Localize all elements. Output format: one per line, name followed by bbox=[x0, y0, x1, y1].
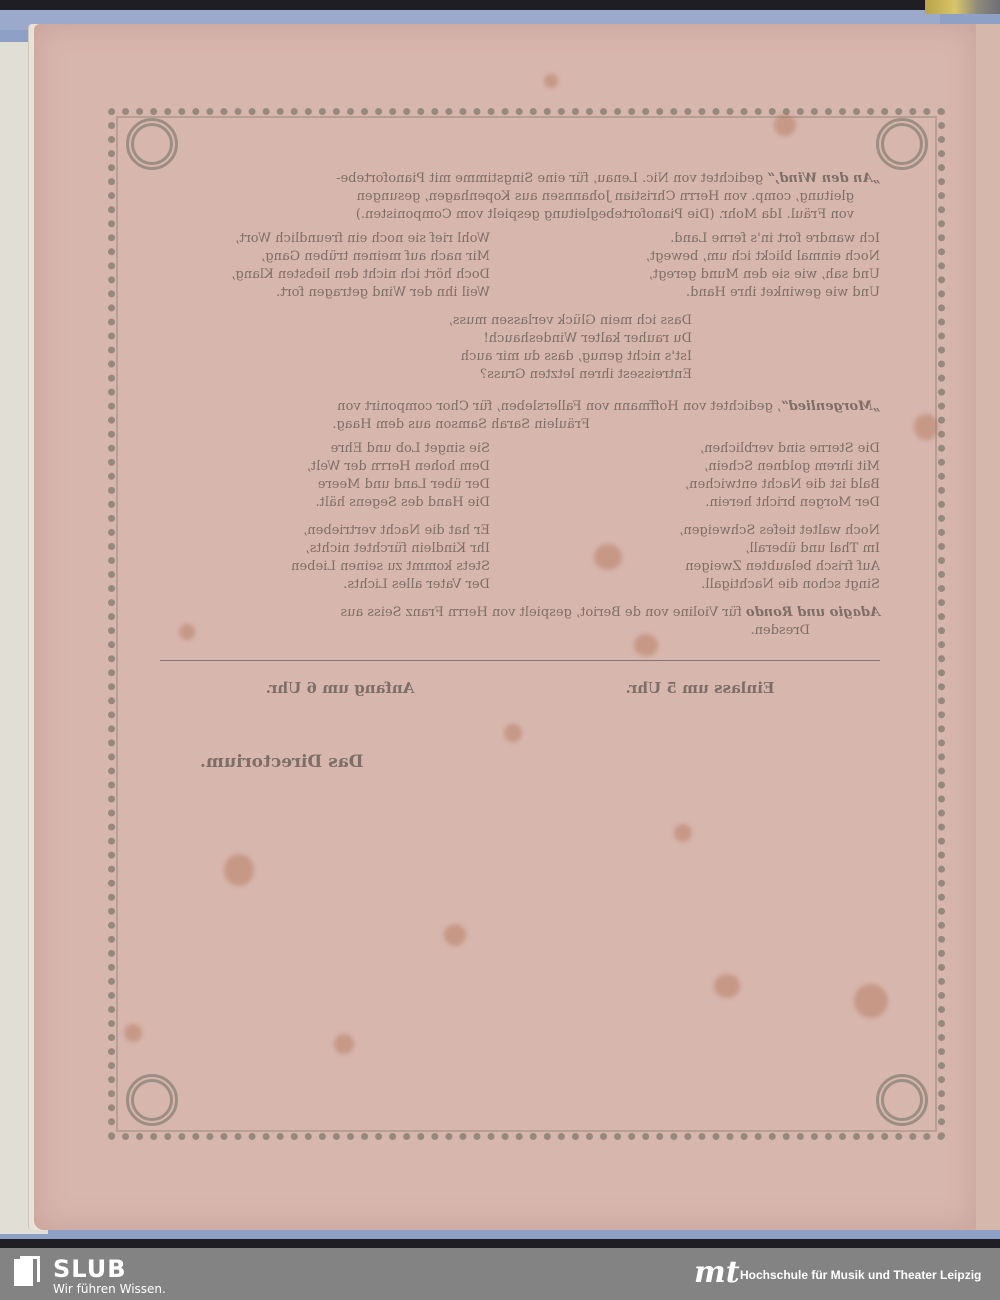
verse-line: Noch waltet tiefes Schweigen, bbox=[550, 522, 880, 540]
item-text: gleitung, comp. von Herrn Christian Joha… bbox=[357, 189, 880, 204]
verse-line: Im Thal und überall, bbox=[550, 540, 880, 558]
slub-tagline: Wir führen Wissen. bbox=[53, 1282, 166, 1296]
programme-item-3: Adagio und Rondo für Violine von de Beri… bbox=[160, 604, 880, 640]
item-title: Adagio und Rondo bbox=[746, 605, 880, 620]
poem-2-left: Noch waltet tiefes Schweigen, Im Thal un… bbox=[550, 522, 880, 594]
verse-line: Singt schon die Nachtigall. bbox=[550, 576, 880, 594]
verse-line: Der Vater alles Lichts. bbox=[160, 576, 490, 594]
verse-line: Ich wandre fort in's ferne Land. bbox=[550, 230, 880, 248]
verse-line: Und sah, wie sie den Mund geregt, bbox=[550, 266, 880, 284]
poem-2-stanza-2: Noch waltet tiefes Schweigen, Im Thal un… bbox=[160, 522, 880, 594]
verse-line: Entreissest ihren letzten Gruss? bbox=[352, 366, 692, 384]
verse-line: Die Sterne sind verblichen, bbox=[550, 440, 880, 458]
verse-line: Ihr Kindlein fürchtet nichts, bbox=[160, 540, 490, 558]
item-text: Fräulein Sarah Samson aus dem Haag. bbox=[332, 417, 880, 432]
viewer-footer-bar: SLUB Wir führen Wissen. mt Hochschule fü… bbox=[0, 1248, 1000, 1300]
start-time: Anfang um 6 Uhr. bbox=[266, 679, 415, 697]
item-text: für Violine von de Beriot, gespielt von … bbox=[341, 605, 746, 620]
programme-item-1: „An den Wind,“ gedichtet von Nic. Lenau,… bbox=[160, 170, 880, 224]
next-leaf-edge bbox=[972, 24, 1000, 1230]
verse-line: Er hat die Nacht vertrieben, bbox=[160, 522, 490, 540]
corner-ornament-bottom-right bbox=[876, 1074, 928, 1126]
poem-1: Ich wandre fort in's ferne Land. Noch ei… bbox=[160, 230, 880, 302]
verse-line: Du rauher kalter Windeshauch! bbox=[352, 330, 692, 348]
programme-item-2: „Morgenlied“, gedichtet von Hoffmann von… bbox=[160, 398, 880, 434]
verse-line: Bald ist die Nacht entwichen, bbox=[550, 476, 880, 494]
verse-line: Doch hört ich nicht den liebsten Klang, bbox=[160, 266, 490, 284]
corner-ornament-top-left bbox=[126, 118, 178, 170]
verse-line: Noch einmal blickt ich um, bewegt, bbox=[550, 248, 880, 266]
verse-line: Die Hand des Segens hält. bbox=[160, 494, 490, 512]
poem-1-left: Ich wandre fort in's ferne Land. Noch ei… bbox=[550, 230, 880, 302]
verse-line: Mir nach auf meinen trüben Gang, bbox=[160, 248, 490, 266]
poem-2-right: Sie singet Lob und Ehre Dem hohen Herrn … bbox=[160, 440, 490, 512]
verse-line: Dem hohen Herrn der Welt, bbox=[160, 458, 490, 476]
verse-line: Auf frisch belaubten Zweigen bbox=[550, 558, 880, 576]
hmt-logo-icon[interactable]: mt bbox=[694, 1254, 728, 1296]
verse-line: Mit ihrem goldnen Schein, bbox=[550, 458, 880, 476]
poem-2-stanza-1: Die Sterne sind verblichen, Mit ihrem go… bbox=[160, 440, 880, 512]
entry-time: Einlass um 5 Uhr. bbox=[625, 679, 774, 697]
show-through-text: „An den Wind,“ gedichtet von Nic. Lenau,… bbox=[160, 170, 880, 930]
poem-2-right: Er hat die Nacht vertrieben, Ihr Kindlei… bbox=[160, 522, 490, 594]
divider-rule bbox=[160, 660, 880, 661]
hmt-brand[interactable]: Hochschule für Musik und Theater Leipzig bbox=[740, 1268, 981, 1282]
item-text: gedichtet von Nic. Lenau, für eine Sings… bbox=[336, 171, 763, 186]
verse-line: Dass ich mein Glück verlassen muss, bbox=[352, 312, 692, 330]
item-text: Dresden. bbox=[750, 623, 880, 638]
poem-2-left: Die Sterne sind verblichen, Mit ihrem go… bbox=[550, 440, 880, 512]
verse-line: Der Morgen bricht herein. bbox=[550, 494, 880, 512]
corner-ornament-top-right bbox=[876, 118, 928, 170]
verse-line: Wohl rief sie noch ein freundlich Wort, bbox=[160, 230, 490, 248]
event-times: Einlass um 5 Uhr. Anfang um 6 Uhr. bbox=[160, 679, 880, 697]
signature: Das Directorium. bbox=[160, 753, 880, 771]
verse-line: Weil ihn der Wind getragen fort. bbox=[160, 284, 490, 302]
item-text: von Fräul. Ida Mohr. (Die Pianofortebegl… bbox=[356, 207, 880, 222]
stain bbox=[544, 74, 558, 88]
verse-line: Ist's nicht genug, dass du mir auch bbox=[352, 348, 692, 366]
poem-1-final-stanza: Dass ich mein Glück verlassen muss, Du r… bbox=[352, 312, 692, 384]
item-title: „An den Wind,“ bbox=[767, 171, 880, 186]
verse-line: Sie singet Lob und Ehre bbox=[160, 440, 490, 458]
corner-ornament-bottom-left bbox=[126, 1074, 178, 1126]
item-title: „Morgenlied“ bbox=[781, 399, 880, 414]
verse-line: Und wie gewinket ihre Hand. bbox=[550, 284, 880, 302]
bookmark-ribbon bbox=[925, 0, 1000, 14]
slub-brand[interactable]: SLUB bbox=[53, 1255, 127, 1283]
verse-line: Stets kommt zu seinen Lieben bbox=[160, 558, 490, 576]
poem-1-right: Wohl rief sie noch ein freundlich Wort, … bbox=[160, 230, 490, 302]
verse-line: Der über Land und Meere bbox=[160, 476, 490, 494]
item-text: , gedichtet von Hoffmann von Fallerslebe… bbox=[337, 399, 781, 414]
slub-logo-icon[interactable] bbox=[14, 1256, 40, 1286]
